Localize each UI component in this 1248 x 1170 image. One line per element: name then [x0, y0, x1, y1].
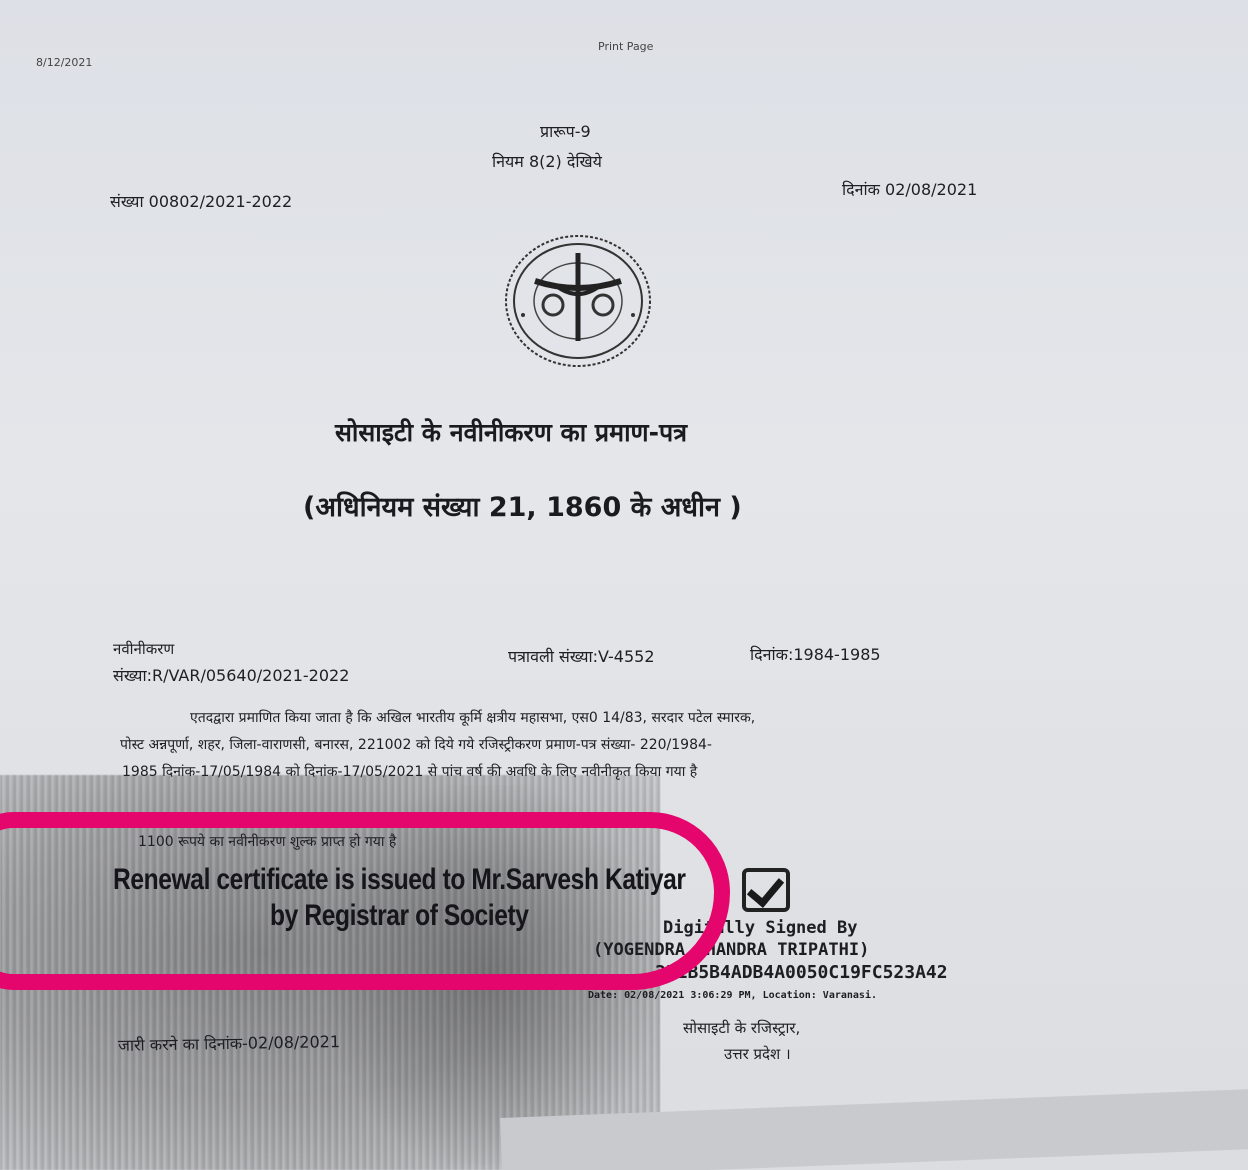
body-line-1: एतदद्वारा प्रमाणित किया जाता है कि अखिल …: [190, 708, 755, 727]
file-date: दिनांक:1984-1985: [750, 643, 881, 665]
serial-number: संख्या 00802/2021-2022: [110, 190, 292, 212]
file-number: पत्रावली संख्या:V-4552: [508, 645, 655, 667]
registrar-designation: सोसाइटी के रजिस्ट्रार,: [683, 1018, 800, 1038]
renewal-label: नवीनीकरण: [113, 639, 174, 659]
print-date: 8/12/2021: [36, 56, 92, 69]
certificate-title: सोसाइटी के नवीनीकरण का प्रमाण-पत्र: [335, 415, 687, 449]
up-government-emblem-icon: [503, 233, 653, 369]
checkmark-box-icon: [742, 868, 790, 912]
issue-date: जारी करने का दिनांक-02/08/2021: [118, 1030, 340, 1056]
registrar-state: उत्तर प्रदेश ।: [724, 1044, 791, 1064]
annotation-caption: Renewal certificate is issued to Mr.Sarv…: [100, 862, 699, 934]
print-page-label: Print Page: [598, 40, 653, 53]
form-number: प्रारूप-9: [540, 120, 591, 142]
body-line-2: पोस्ट अन्नपूर्णा, शहर, जिला-वाराणसी, बना…: [120, 735, 712, 754]
certificate-subtitle: (अधिनियम संख्या 21, 1860 के अधीन ): [303, 487, 742, 524]
body-line-3: 1985 दिनांक-17/05/1984 को दिनांक-17/05/2…: [122, 762, 697, 781]
rule-reference: नियम 8(2) देखिये: [492, 150, 602, 172]
certificate-id: 3E1B5B4ADB4A0050C19FC523A42: [655, 962, 948, 983]
renewal-number: संख्या:R/VAR/05640/2021-2022: [113, 664, 349, 686]
certificate-date: दिनांक 02/08/2021: [842, 178, 977, 200]
signature-date-location: Date: 02/08/2021 3:06:29 PM, Location: V…: [588, 990, 877, 1001]
